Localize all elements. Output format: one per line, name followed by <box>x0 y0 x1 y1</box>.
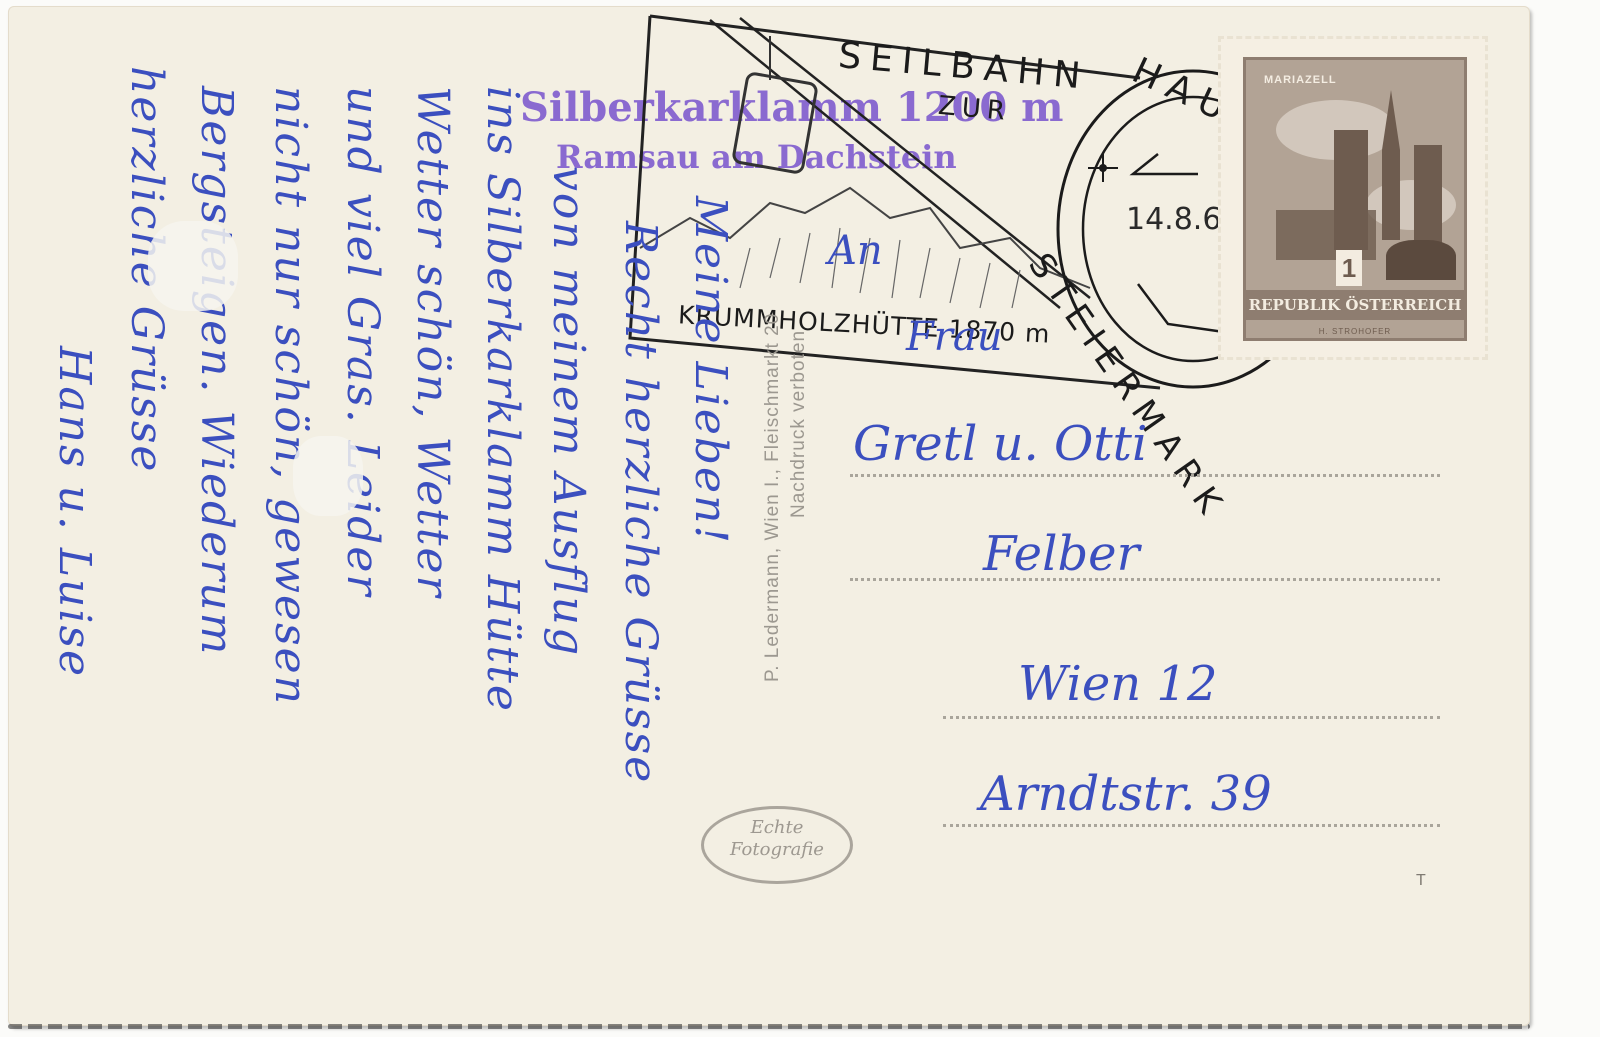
message-line-8: Bergsteigen. Wiederum <box>191 86 242 656</box>
message-line-3: von meinem Ausflug <box>543 166 594 657</box>
address-salutation: An <box>828 228 883 274</box>
stamp-denomination: 1 <box>1336 250 1362 286</box>
publisher-imprint-line-2: Nachdruck verboten <box>786 330 812 518</box>
slogan-subtitle: ZUR <box>937 91 1012 127</box>
message-line-4: ins Silberkarklamm Hütte <box>477 86 528 713</box>
address-rule-4 <box>943 824 1440 827</box>
address-line-1: Gretl u. Otti <box>853 416 1147 472</box>
postcard: Silberkarklamm 1200 m Ramsau am Dachstei… <box>8 6 1530 1026</box>
message-line-1: Meine Lieben! <box>685 196 736 545</box>
glue-residue <box>148 221 238 311</box>
corner-mark: T <box>1416 872 1426 890</box>
address-line-4: Arndtstr. 39 <box>980 766 1272 822</box>
glue-residue <box>293 436 363 516</box>
publisher-imprint-line-1: P. Ledermann, Wien I., Fleischmarkt 20 <box>760 313 786 682</box>
postage-stamp: MARIAZELL 1 REPUBLIK ÖSTERREICH H. STROH… <box>1218 36 1488 360</box>
address-line-2: Felber <box>983 526 1140 582</box>
address-rule-1 <box>850 474 1440 477</box>
stamp-country: REPUBLIK ÖSTERREICH <box>1246 290 1464 320</box>
message-line-10: Hans u. Luise <box>49 346 100 678</box>
message-line-5: Wetter schön, Wetter <box>407 86 458 599</box>
echte-fotografie-mark: Echte Fotografie <box>701 806 853 884</box>
message-line-7: nicht nur schön, gewesen <box>265 86 316 706</box>
stamp-designer: H. STROHOFER <box>1246 327 1464 336</box>
address-rule-3 <box>943 716 1440 719</box>
message-line-2: Recht herzliche Grüsse <box>615 221 666 784</box>
address-salutation-2: Frau <box>906 314 1002 360</box>
address-rule-2 <box>850 578 1440 581</box>
stamp-place: MARIAZELL <box>1264 74 1337 86</box>
message-line-6: und viel Gras. Leider <box>337 86 388 597</box>
address-line-3: Wien 12 <box>1018 656 1218 712</box>
